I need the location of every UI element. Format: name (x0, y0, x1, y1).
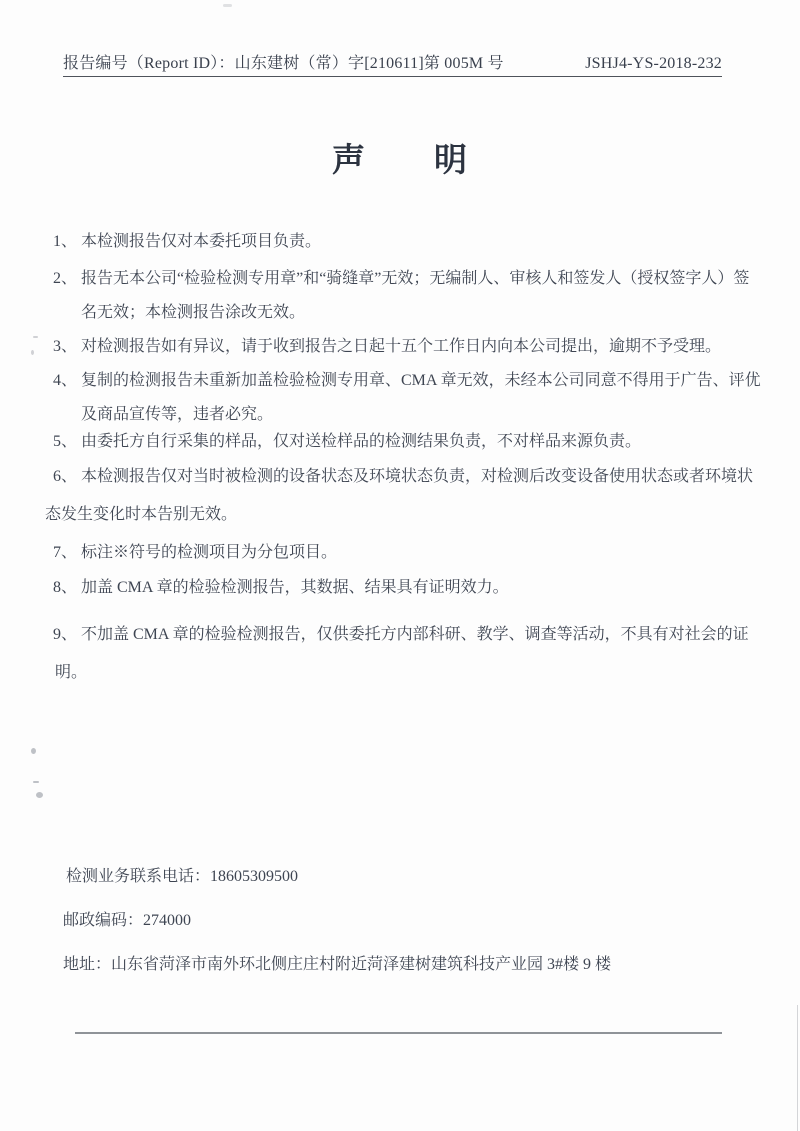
contact-postal-code: 邮政编码：274000 (63, 910, 611, 932)
contact-block: 检测业务联系电话：18605309500 邮政编码：274000 地址：山东省菏… (63, 866, 611, 976)
statement-item: 5、由委托方自行采集的样品，仅对送检样品的检测结果负责，不对样品来源负责。 (53, 425, 764, 459)
item-number: 2、 (53, 262, 81, 296)
statement-item: 2、报告无本公司“检验检测专用章”和“骑缝章”无效；无编制人、审核人和签发人（授… (53, 262, 764, 330)
item-number: 8、 (53, 571, 81, 605)
statement-item: 1、本检测报告仅对本委托项目负责。 (53, 225, 764, 259)
item-text: 本检测报告仅对当时被检测的设备状态及环境状态负责，对检测后改变设备使用状态或者环… (81, 468, 753, 485)
statement-item: 6、本检测报告仅对当时被检测的设备状态及环境状态负责，对检测后改变设备使用状态或… (53, 460, 764, 532)
report-header: 报告编号（Report ID）：山东建树（常）字[210611]第 005M 号… (63, 50, 722, 73)
statement-item: 9、不加盖 CMA 章的检验检测报告，仅供委托方内部科研、教学、调查等活动，不具… (53, 618, 764, 690)
item-text: 加盖 CMA 章的检验检测报告，其数据、结果具有证明效力。 (81, 579, 509, 596)
item-text: 对检测报告如有异议，请于收到报告之日起十五个工作日内向本公司提出，逾期不予受理。 (81, 338, 721, 355)
item-wrapped-line: 明。 (55, 656, 764, 690)
item-wrapped-line: 名无效；本检测报告涂改无效。 (53, 296, 764, 330)
scan-speck (223, 4, 232, 7)
scan-speck (31, 350, 34, 355)
contact-address: 地址：山东省菏泽市南外环北侧庄庄村附近菏泽建树建筑科技产业园 3#楼 9 楼 (63, 954, 611, 976)
item-number: 9、 (53, 618, 81, 652)
item-number: 6、 (53, 460, 81, 494)
document-page: 报告编号（Report ID）：山东建树（常）字[210611]第 005M 号… (0, 0, 800, 1131)
item-number: 4、 (53, 364, 81, 398)
report-code: JSHJ4-YS-2018-232 (585, 55, 722, 73)
item-number: 3、 (53, 330, 81, 364)
report-id: 报告编号（Report ID）：山东建树（常）字[210611]第 005M 号 (63, 50, 504, 73)
item-wrapped-line: 态发生变化时本告别无效。 (45, 498, 764, 532)
item-number: 1、 (53, 225, 81, 259)
footer-rule (75, 1032, 722, 1034)
item-number: 7、 (53, 536, 81, 570)
scan-speck (33, 781, 39, 783)
item-text: 标注※符号的检测项目为分包项目。 (81, 544, 337, 561)
item-number: 5、 (53, 425, 81, 459)
statement-item: 4、复制的检测报告未重新加盖检验检测专用章、CMA 章无效，未经本公司同意不得用… (53, 364, 764, 432)
item-text: 本检测报告仅对本委托项目负责。 (81, 233, 321, 250)
scan-speck (33, 336, 38, 338)
header-rule (63, 76, 722, 77)
statement-item: 8、加盖 CMA 章的检验检测报告，其数据、结果具有证明效力。 (53, 571, 764, 605)
item-text: 复制的检测报告未重新加盖检验检测专用章、CMA 章无效，未经本公司同意不得用于广… (81, 372, 761, 389)
item-text: 不加盖 CMA 章的检验检测报告，仅供委托方内部科研、教学、调查等活动，不具有对… (81, 626, 749, 643)
statement-item: 3、对检测报告如有异议，请于收到报告之日起十五个工作日内向本公司提出，逾期不予受… (53, 330, 764, 364)
scan-speck (31, 748, 36, 754)
statement-list: 1、本检测报告仅对本委托项目负责。 2、报告无本公司“检验检测专用章”和“骑缝章… (53, 225, 764, 690)
page-title: 声 明 (0, 134, 800, 181)
scan-speck (36, 792, 43, 798)
item-text: 报告无本公司“检验检测专用章”和“骑缝章”无效；无编制人、审核人和签发人（授权签… (81, 270, 749, 287)
statement-item: 7、标注※符号的检测项目为分包项目。 (53, 536, 764, 570)
item-text: 由委托方自行采集的样品，仅对送检样品的检测结果负责，不对样品来源负责。 (81, 433, 641, 450)
contact-phone: 检测业务联系电话：18605309500 (63, 866, 611, 888)
scan-edge-line (797, 1005, 798, 1131)
